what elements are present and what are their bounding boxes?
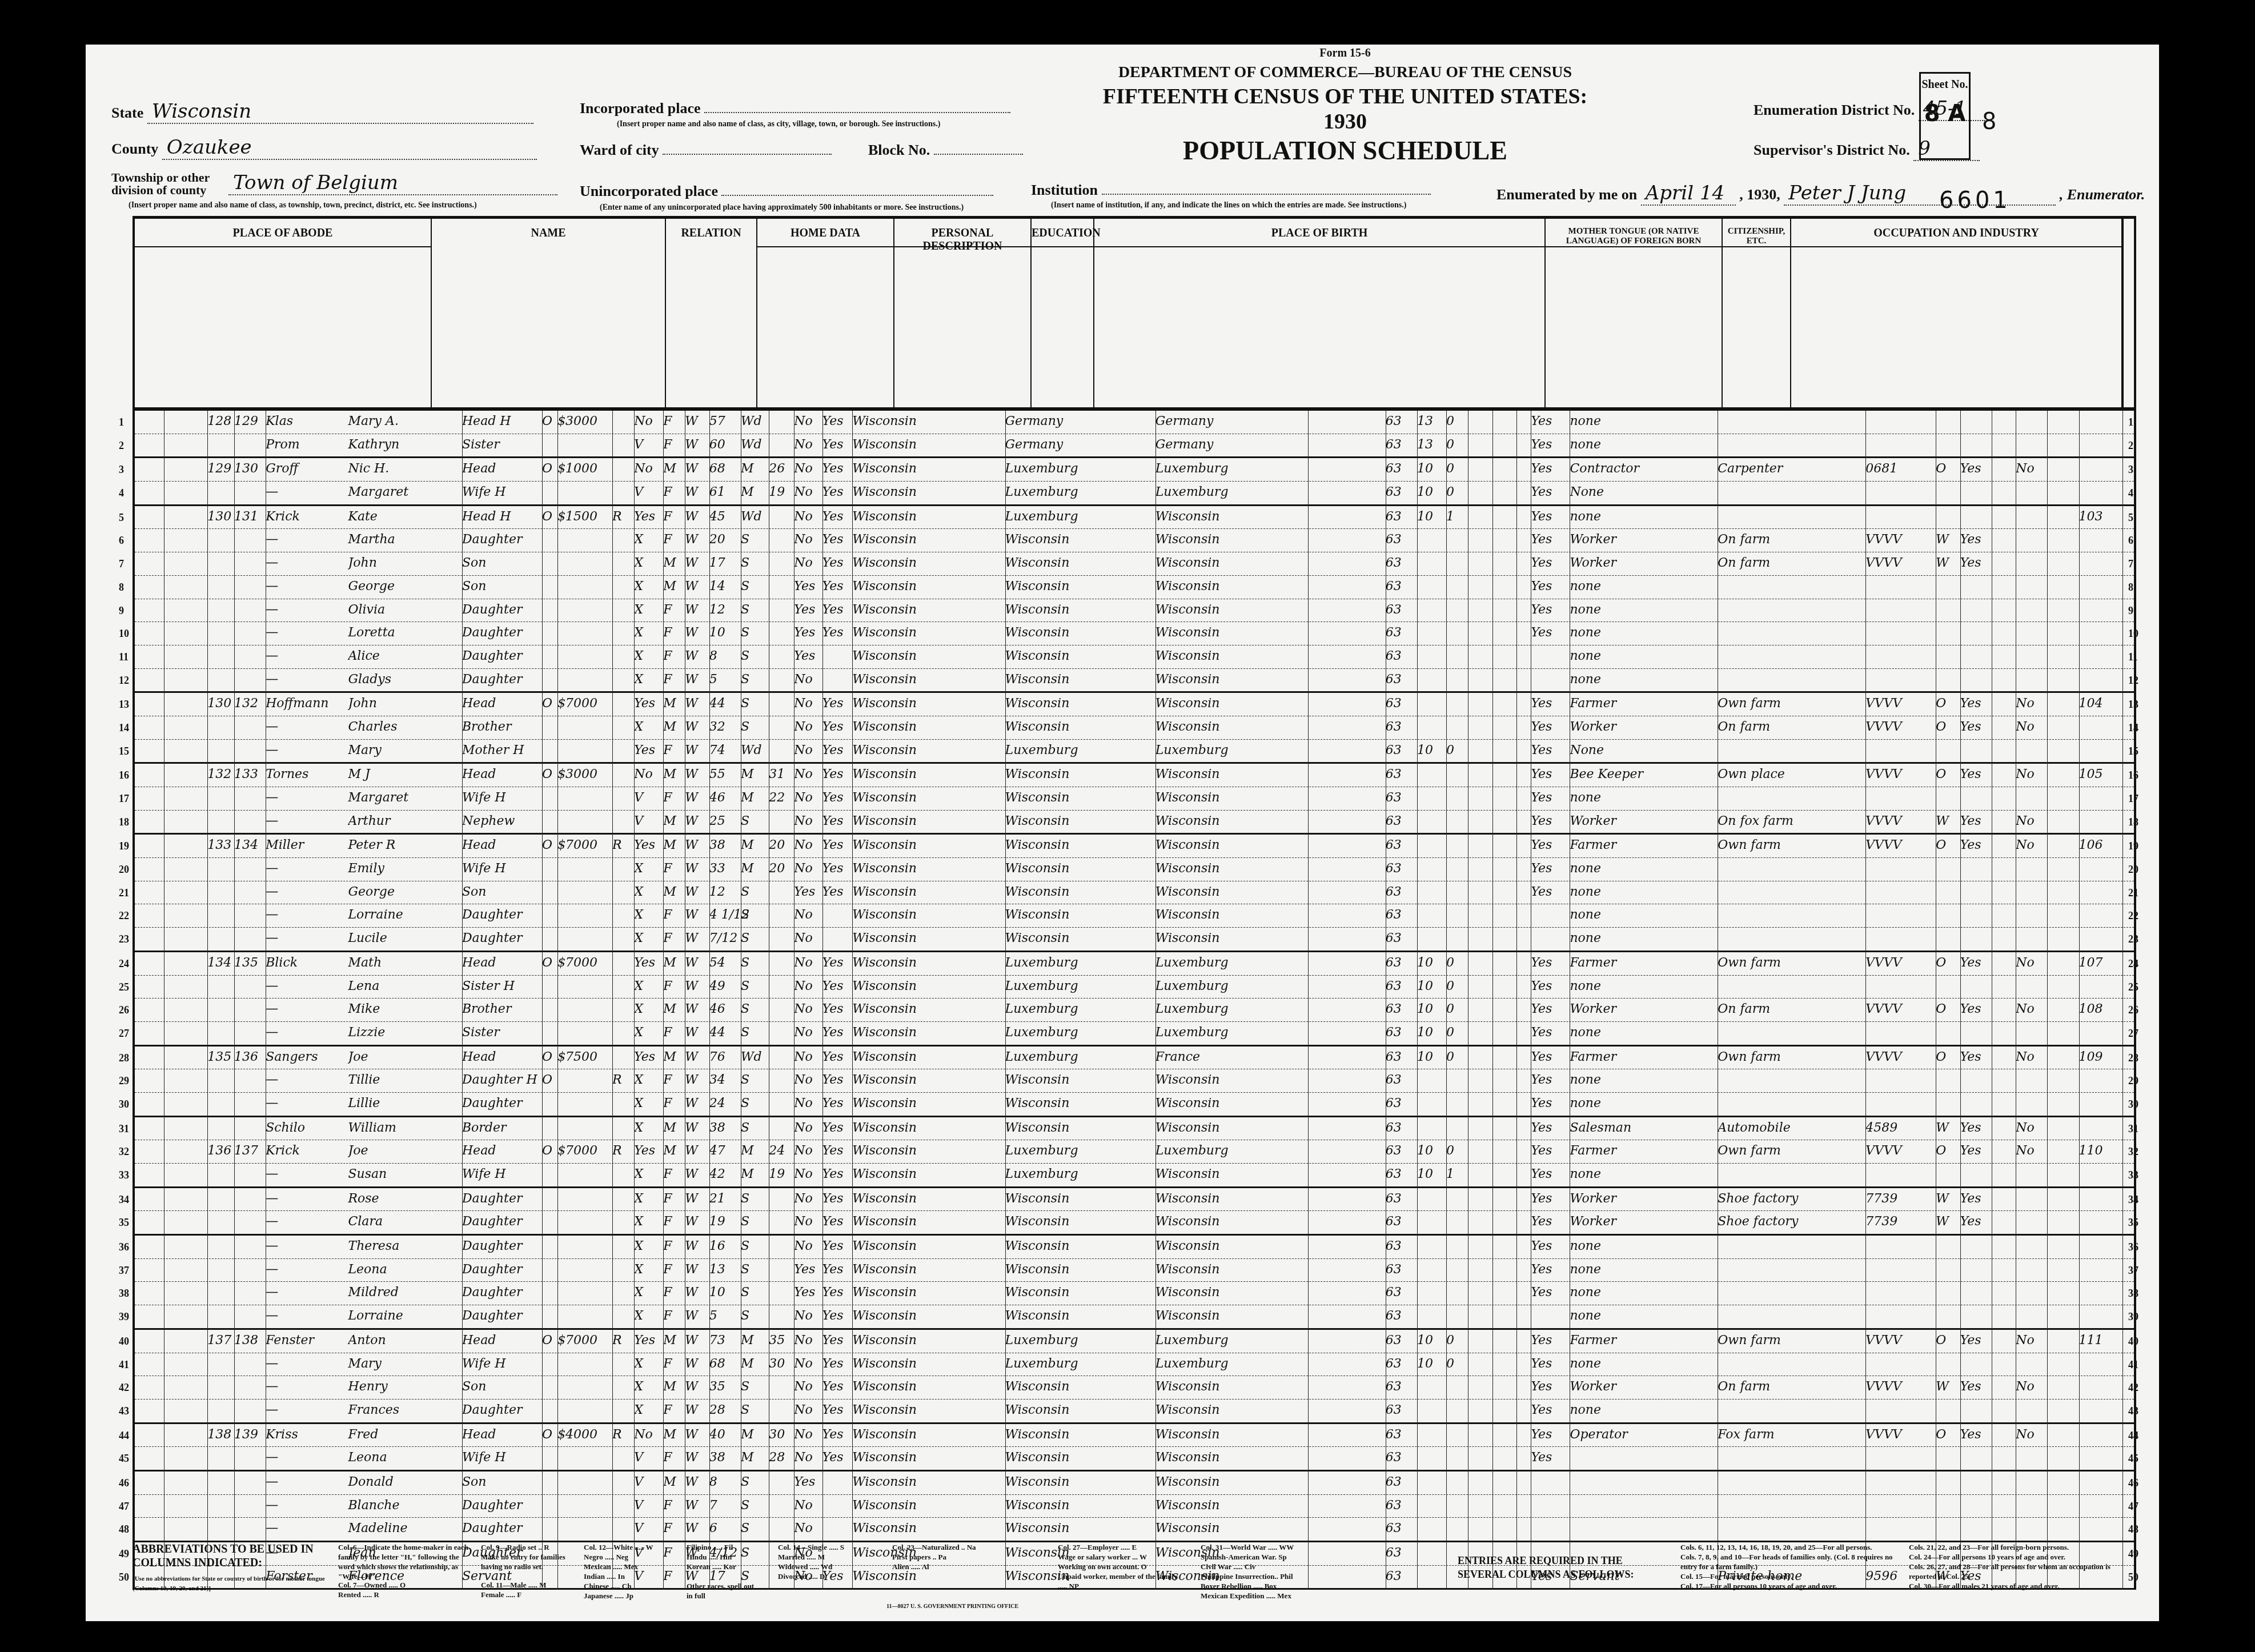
veteran: No bbox=[2016, 767, 2068, 781]
code-nativity: 0 bbox=[1446, 414, 1486, 428]
occupation: none bbox=[1570, 438, 1831, 452]
code-nativity: 0 bbox=[1446, 1144, 1486, 1158]
group-place-of-abode: PLACE OF ABODE bbox=[135, 219, 432, 407]
relation: Daughter bbox=[462, 532, 601, 547]
relation: Mother H bbox=[462, 743, 601, 757]
group-mother-tongue: MOTHER TONGUE (OR NATIVE LANGUAGE) OF FO… bbox=[1546, 219, 1723, 407]
line-number-right: 44 bbox=[2128, 1430, 2138, 1442]
relation: Daughter bbox=[462, 931, 601, 945]
farm-schedule: 103 bbox=[2079, 510, 2149, 524]
line-number: 39 bbox=[119, 1311, 129, 1323]
code-state: 63 bbox=[1386, 696, 1438, 711]
veteran: No bbox=[2016, 696, 2068, 711]
school: No bbox=[794, 672, 842, 687]
line-number: 26 bbox=[119, 1004, 129, 1016]
employed: Yes bbox=[1960, 1050, 2013, 1064]
marital: S bbox=[741, 1002, 789, 1016]
occupation: none bbox=[1570, 1073, 1831, 1087]
code-state: 63 bbox=[1386, 1073, 1438, 1087]
table-header: PLACE OF ABODE NAME RELATION HOME DATA P… bbox=[135, 219, 2134, 411]
column-rule bbox=[685, 411, 685, 1590]
line-number-right: 16 bbox=[2128, 769, 2138, 781]
line-number-right: 45 bbox=[2128, 1453, 2138, 1465]
marital: S bbox=[741, 1096, 789, 1110]
line-number-right: 42 bbox=[2128, 1382, 2138, 1394]
marital: S bbox=[741, 1262, 789, 1277]
veteran: No bbox=[2016, 814, 2068, 828]
relation: Daughter bbox=[462, 603, 601, 617]
relation: Daughter bbox=[462, 1498, 601, 1513]
enumerated-field: Enumerated by me on April 14 , 1930, Pet… bbox=[1496, 182, 2145, 206]
marital: S bbox=[741, 556, 789, 570]
line-number-right: 46 bbox=[2128, 1477, 2138, 1489]
line-number-right: 43 bbox=[2128, 1405, 2138, 1417]
employed: Yes bbox=[1960, 696, 2013, 711]
line-number-right: 10 bbox=[2128, 628, 2138, 640]
code-state: 63 bbox=[1386, 672, 1438, 687]
marital: S bbox=[741, 931, 789, 945]
abbrev-col12b: Filipino ..... Fil Hindu ..... Hin Korea… bbox=[687, 1542, 761, 1601]
column-rule bbox=[1446, 411, 1447, 1590]
code-nativity: 0 bbox=[1446, 743, 1486, 757]
line-number: 48 bbox=[119, 1523, 129, 1535]
table-row: 16132133TornesM JHeadO$3000NoMW55M31NoYe… bbox=[135, 764, 2134, 787]
marital: S bbox=[741, 1121, 789, 1135]
line-number-right: 33 bbox=[2128, 1169, 2138, 1181]
handwritten-code: 6601 bbox=[1939, 187, 2011, 214]
line-number: 3 bbox=[119, 464, 124, 476]
group-name: NAME bbox=[432, 219, 666, 407]
line-number-right: 37 bbox=[2128, 1265, 2138, 1277]
relation: Son bbox=[462, 1475, 601, 1489]
table-row: 20—EmilyWife HXFW33M20NoYesWisconsinWisc… bbox=[135, 858, 2134, 881]
occupation: none bbox=[1570, 908, 1831, 922]
table-row: 14—CharlesBrotherXMW32SNoYesWisconsinWis… bbox=[135, 716, 2134, 740]
column-rule bbox=[1468, 411, 1468, 1590]
line-number: 24 bbox=[119, 958, 129, 970]
line-number: 37 bbox=[119, 1265, 129, 1277]
column-rule bbox=[2079, 411, 2080, 1590]
column-rule bbox=[1516, 411, 1517, 1590]
line-number-right: 41 bbox=[2128, 1359, 2138, 1371]
relation: Son bbox=[462, 1380, 601, 1394]
marital: S bbox=[741, 1498, 789, 1513]
marital: S bbox=[741, 908, 789, 922]
marital: S bbox=[741, 1403, 789, 1417]
employed: Yes bbox=[1960, 1121, 2013, 1135]
employed: Yes bbox=[1960, 1428, 2013, 1442]
line-number: 16 bbox=[119, 769, 129, 781]
department-title: DEPARTMENT OF COMMERCE—BUREAU OF THE CEN… bbox=[1088, 63, 1602, 82]
code-state: 63 bbox=[1386, 1239, 1438, 1253]
marital: S bbox=[741, 1475, 789, 1489]
column-rule bbox=[1417, 411, 1418, 1590]
line-number-right: 47 bbox=[2128, 1501, 2138, 1513]
incorporated-note: (Insert proper name and also name of cla… bbox=[617, 120, 940, 129]
printer-mark: 11—8027 U. S. GOVERNMENT PRINTING OFFICE bbox=[886, 1602, 1018, 1611]
table-row: 17—MargaretWife HVFW46M22NoYesWisconsinW… bbox=[135, 787, 2134, 811]
column-rule bbox=[1570, 411, 1570, 1590]
enumerator-name: Peter J Jung bbox=[1784, 182, 2056, 206]
unincorporated-note: (Enter name of any unincorporated place … bbox=[600, 203, 964, 212]
marital: S bbox=[741, 1380, 789, 1394]
code-state: 63 bbox=[1386, 1262, 1438, 1277]
line-number: 29 bbox=[119, 1075, 129, 1087]
table-row: 15—MaryMother HYesFW74WdNoYesWisconsinLu… bbox=[135, 740, 2134, 764]
line-number: 32 bbox=[119, 1146, 129, 1158]
column-rule bbox=[234, 411, 235, 1590]
marital: S bbox=[741, 720, 789, 734]
scan-border-right bbox=[2159, 0, 2255, 1652]
table-row: 36—TheresaDaughterXFW16SNoYesWisconsinWi… bbox=[135, 1236, 2134, 1259]
marital: Wd bbox=[741, 510, 789, 524]
code-state: 63 bbox=[1386, 861, 1438, 876]
table-row: 1128129KlasMary A.Head HO$3000NoFW57WdNo… bbox=[135, 411, 2134, 434]
column-rule bbox=[207, 411, 208, 1590]
column-rule bbox=[164, 411, 164, 1590]
occupation: None bbox=[1570, 485, 1831, 499]
line-number: 35 bbox=[119, 1217, 129, 1229]
line-number: 8 bbox=[119, 582, 124, 594]
line-number: 10 bbox=[119, 628, 129, 640]
block-field: Block No. bbox=[868, 142, 1023, 159]
code-nativity: 0 bbox=[1446, 1002, 1486, 1016]
occupation: none bbox=[1570, 579, 1831, 594]
entries-required-2: Cols. 21, 22, and 23—For all foreign-bor… bbox=[1909, 1542, 2126, 1591]
occupation: none bbox=[1570, 1309, 1831, 1323]
table-row: 39—LorraineDaughterXFW5SNoYesWisconsinWi… bbox=[135, 1305, 2134, 1330]
abbrev-col6: Col. 6—Indicate the home-maker in each f… bbox=[338, 1542, 470, 1581]
line-number: 19 bbox=[119, 840, 129, 852]
code-state: 63 bbox=[1386, 556, 1438, 570]
line-number: 46 bbox=[119, 1477, 129, 1489]
line-number-right: 24 bbox=[2128, 958, 2138, 970]
line-number: 44 bbox=[119, 1430, 129, 1442]
line-number-right: 22 bbox=[2128, 910, 2138, 922]
line-number: 34 bbox=[119, 1194, 129, 1206]
table-row: 45—LeonaWife HVFW38M28NoYesWisconsinWisc… bbox=[135, 1447, 2134, 1471]
school: No bbox=[794, 1521, 842, 1535]
scan-border-bottom bbox=[0, 1621, 2255, 1652]
marital: S bbox=[741, 649, 789, 663]
line-number-right: 9 bbox=[2128, 605, 2133, 617]
line-number: 28 bbox=[119, 1052, 129, 1064]
occupation: none bbox=[1570, 979, 1831, 993]
column-rule bbox=[1386, 411, 1386, 1590]
line-number: 41 bbox=[119, 1359, 129, 1371]
employed: Yes bbox=[1960, 1144, 2013, 1158]
line-number: 42 bbox=[119, 1382, 129, 1394]
column-rule bbox=[1992, 411, 1992, 1590]
line-number-right: 19 bbox=[2128, 840, 2138, 852]
veteran: No bbox=[2016, 1121, 2068, 1135]
employed: Yes bbox=[1960, 462, 2013, 476]
line-number-right: 48 bbox=[2128, 1523, 2138, 1535]
school: Yes bbox=[794, 649, 842, 663]
occupation: none bbox=[1570, 625, 1831, 640]
occupation: none bbox=[1570, 1403, 1831, 1417]
line-number-right: 14 bbox=[2128, 722, 2138, 734]
marital: S bbox=[741, 1521, 789, 1535]
relation: Daughter bbox=[462, 1403, 601, 1417]
code-state: 63 bbox=[1386, 1285, 1438, 1300]
column-rule bbox=[769, 411, 769, 1590]
relation: Brother bbox=[462, 1002, 601, 1016]
code-nativity: 0 bbox=[1446, 1357, 1486, 1371]
relation: Son bbox=[462, 579, 601, 594]
table-row: 2PromKathrynSisterVFW60WdNoYesWisconsinG… bbox=[135, 434, 2134, 459]
relation: Sister bbox=[462, 438, 601, 452]
code-state: 63 bbox=[1386, 1309, 1438, 1323]
table-row: 23—LucileDaughterXFW7/12SNoWisconsinWisc… bbox=[135, 928, 2134, 952]
code-nativity: 0 bbox=[1446, 956, 1486, 970]
abbrev-col12: Col. 12—White ..... W Negro ..... Neg Me… bbox=[584, 1542, 675, 1601]
code-nativity: 0 bbox=[1446, 1050, 1486, 1064]
form-number: Form 15-6 bbox=[1088, 47, 1602, 60]
line-number: 1 bbox=[119, 416, 124, 428]
group-citizenship: CITIZENSHIP, ETC. bbox=[1723, 219, 1791, 407]
marital: S bbox=[741, 579, 789, 594]
marital: S bbox=[741, 979, 789, 993]
township-field: Town of Belgium bbox=[228, 171, 557, 195]
table-row: 11—AliceDaughterXFW8SYesWisconsinWiscons… bbox=[135, 645, 2134, 669]
occupation: none bbox=[1570, 1096, 1831, 1110]
code-state: 63 bbox=[1386, 908, 1438, 922]
occupation: none bbox=[1570, 885, 1831, 899]
relation: Wife H bbox=[462, 1167, 601, 1181]
abbrev-col11: Col. 11—Male ..... M Female ..... F bbox=[481, 1580, 572, 1599]
occupation: none bbox=[1570, 649, 1831, 663]
relation: Nephew bbox=[462, 814, 601, 828]
occupation: none bbox=[1570, 510, 1831, 524]
institution-field: Institution bbox=[1031, 182, 1431, 199]
line-number-right: 15 bbox=[2128, 745, 2138, 757]
table-row: 13130132HoffmannJohnHeadO$7000YesMW44SNo… bbox=[135, 693, 2134, 716]
code-nativity: 0 bbox=[1446, 485, 1486, 499]
relation: Daughter bbox=[462, 1192, 601, 1206]
marital: Wd bbox=[741, 414, 789, 428]
abbrev-col14: Col. 14—Single ..... S Married ..... M W… bbox=[778, 1542, 875, 1581]
marital: S bbox=[741, 1285, 789, 1300]
veteran: No bbox=[2016, 1380, 2068, 1394]
line-number: 15 bbox=[119, 745, 129, 757]
line-number: 45 bbox=[119, 1453, 129, 1465]
occupation: none bbox=[1570, 861, 1831, 876]
code-state: 63 bbox=[1386, 649, 1438, 663]
group-home-data: HOME DATA bbox=[757, 219, 894, 407]
occupation: none bbox=[1570, 1167, 1831, 1181]
marital: S bbox=[741, 625, 789, 640]
relation: Daughter bbox=[462, 908, 601, 922]
school: Yes bbox=[794, 1475, 842, 1489]
table-row: 5130131KrickKateHead HO$1500RYesFW45WdNo… bbox=[135, 506, 2134, 530]
code-state: 63 bbox=[1386, 1214, 1438, 1229]
group-place-of-birth: PLACE OF BIRTH bbox=[1094, 219, 1546, 407]
code-nativity: 0 bbox=[1446, 438, 1486, 452]
code-state: 63 bbox=[1386, 931, 1438, 945]
abbrev-col9: Col. 9—Radio set .. R Make no entry for … bbox=[481, 1542, 572, 1571]
incorporated-field: Incorporated place bbox=[580, 100, 1010, 117]
relation: Daughter bbox=[462, 1262, 601, 1277]
line-number: 36 bbox=[119, 1241, 129, 1253]
table-row: 24134135BlickMathHeadO$7000YesMW54SNoYes… bbox=[135, 952, 2134, 976]
column-rule bbox=[822, 411, 823, 1590]
enumerated-date: April 14 bbox=[1641, 182, 1736, 206]
line-number: 30 bbox=[119, 1098, 129, 1110]
occupation: none bbox=[1570, 414, 1831, 428]
employed: Yes bbox=[1960, 814, 2013, 828]
table-row: 25—LenaSister HXFW49SNoYesWisconsinLuxem… bbox=[135, 976, 2134, 999]
line-number-right: 2 bbox=[2128, 440, 2133, 452]
table-row: 19133134MillerPeter RHeadO$7000RYesMW38M… bbox=[135, 835, 2134, 858]
line-number-right: 34 bbox=[2128, 1194, 2138, 1206]
line-number-right: 18 bbox=[2128, 816, 2138, 828]
code-nativity: 0 bbox=[1446, 1025, 1486, 1040]
relation: Daughter bbox=[462, 1214, 601, 1229]
table-row: 29—TillieDaughter HORXFW34SNoYesWisconsi… bbox=[135, 1069, 2134, 1093]
institution-note: (Insert name of institution, if any, and… bbox=[1051, 201, 1406, 210]
column-rule bbox=[1531, 411, 1531, 1590]
occupation: none bbox=[1570, 931, 1831, 945]
line-number: 12 bbox=[119, 675, 129, 687]
table-body: 1128129KlasMary A.Head HO$3000NoFW57WdNo… bbox=[135, 411, 2134, 1590]
veteran: No bbox=[2016, 1144, 2068, 1158]
column-rule bbox=[266, 411, 266, 1590]
code-nativity: 0 bbox=[1446, 462, 1486, 476]
table-row: 40137138FensterAntonHeadO$7000RYesMW73M3… bbox=[135, 1330, 2134, 1353]
relation: Daughter bbox=[462, 1309, 601, 1323]
occupation: None bbox=[1570, 743, 1831, 757]
line-number-right: 40 bbox=[2128, 1336, 2138, 1348]
group-occupation-industry: OCCUPATION AND INDUSTRY bbox=[1791, 219, 2122, 407]
line-number-right: 21 bbox=[2128, 887, 2138, 899]
home-owned: O bbox=[542, 1073, 568, 1087]
employed: Yes bbox=[1960, 838, 2013, 852]
column-rule bbox=[663, 411, 664, 1590]
relation: Brother bbox=[462, 720, 601, 734]
line-number: 33 bbox=[119, 1169, 129, 1181]
line-number: 40 bbox=[119, 1336, 129, 1348]
code-state: 63 bbox=[1386, 885, 1438, 899]
township-value: Town of Belgium bbox=[228, 171, 557, 195]
line-number-right: 6 bbox=[2128, 535, 2133, 547]
code-state: 63 bbox=[1386, 1192, 1438, 1206]
line-number-right: 8 bbox=[2128, 582, 2133, 594]
speaks-english: Yes bbox=[1531, 1450, 1596, 1465]
table-row: 18—ArthurNephewVMW25SNoYesWisconsinWisco… bbox=[135, 811, 2134, 835]
column-rule bbox=[1865, 411, 1866, 1590]
line-number-right: 13 bbox=[2128, 699, 2138, 711]
line-number: 11 bbox=[119, 651, 129, 663]
column-rule bbox=[2016, 411, 2016, 1590]
group-education: EDUCATION bbox=[1032, 219, 1094, 407]
table-row: 12—GladysDaughterXFW5SNoWisconsinWiscons… bbox=[135, 669, 2134, 693]
line-number-right: 30 bbox=[2128, 1098, 2138, 1110]
relation: Sister bbox=[462, 1025, 601, 1040]
occupation: none bbox=[1570, 1239, 1831, 1253]
employed: Yes bbox=[1960, 1380, 2013, 1394]
code-state: 63 bbox=[1386, 532, 1438, 547]
code-state: 63 bbox=[1386, 579, 1438, 594]
relation: Daughter bbox=[462, 625, 601, 640]
column-rule bbox=[462, 411, 463, 1590]
table-row: 33—SusanWife HXFW42M19NoYesWisconsinLuxe… bbox=[135, 1164, 2134, 1188]
line-number-right: 17 bbox=[2128, 793, 2138, 805]
line-number: 25 bbox=[119, 981, 129, 993]
employed: Yes bbox=[1960, 956, 2013, 970]
occupation: none bbox=[1570, 672, 1831, 687]
table-row: 4—MargaretWife HVFW61M19NoYesWisconsinLu… bbox=[135, 482, 2134, 506]
line-number-right: 29 bbox=[2128, 1075, 2138, 1087]
township-label: Township or other division of county bbox=[111, 171, 226, 197]
column-rule bbox=[1718, 411, 1718, 1590]
code-state: 63 bbox=[1386, 1380, 1438, 1394]
table-row: 35—ClaraDaughterXFW19SNoYesWisconsinWisc… bbox=[135, 1211, 2134, 1236]
table-row: 42—HenrySonXMW35SNoYesWisconsinWisconsin… bbox=[135, 1376, 2134, 1400]
sheet-number-value: 8 A bbox=[1921, 101, 1969, 127]
column-rule bbox=[1155, 411, 1156, 1590]
school: No bbox=[794, 1498, 842, 1513]
line-number: 23 bbox=[119, 933, 129, 945]
table-row: 9—OliviaDaughterXFW12SYesYesWisconsinWis… bbox=[135, 599, 2134, 623]
table-row: 8—GeorgeSonXMW14SYesYesWisconsinWisconsi… bbox=[135, 576, 2134, 599]
relation: Sister H bbox=[462, 979, 601, 993]
column-rule bbox=[557, 411, 558, 1590]
column-rule bbox=[612, 411, 613, 1590]
table-row: 44138139KrissFredHeadO$4000RNoMW40M30NoY… bbox=[135, 1424, 2134, 1447]
column-rule bbox=[794, 411, 795, 1590]
relation: Wife H bbox=[462, 861, 601, 876]
employed: Yes bbox=[1960, 532, 2013, 547]
employed: Yes bbox=[1960, 1214, 2013, 1229]
column-rule bbox=[1308, 411, 1309, 1590]
relation: Wife H bbox=[462, 1357, 601, 1371]
line-number-right: 50 bbox=[2128, 1571, 2138, 1583]
code-state: 63 bbox=[1386, 1096, 1438, 1110]
marital: S bbox=[741, 672, 789, 687]
marital: Wd bbox=[741, 438, 789, 452]
line-number-right: 28 bbox=[2128, 1052, 2138, 1064]
code-state: 63 bbox=[1386, 1121, 1438, 1135]
scan-border-top bbox=[0, 0, 2255, 45]
code-nativity: 0 bbox=[1446, 979, 1486, 993]
line-number: 4 bbox=[119, 487, 124, 499]
census-title: FIFTEENTH CENSUS OF THE UNITED STATES: 1… bbox=[1088, 84, 1602, 134]
abbrev-col27: Col. 27—Employer ..... E Wage or salary … bbox=[1058, 1542, 1183, 1591]
code-nativity: 1 bbox=[1446, 510, 1486, 524]
line-number: 17 bbox=[119, 793, 129, 805]
employed: Yes bbox=[1960, 1192, 2013, 1206]
line-number: 38 bbox=[119, 1288, 129, 1300]
code-state: 63 bbox=[1386, 814, 1438, 828]
line-number-right: 27 bbox=[2128, 1028, 2138, 1040]
line-number: 2 bbox=[119, 440, 124, 452]
marital: S bbox=[741, 1239, 789, 1253]
column-rule bbox=[1492, 411, 1493, 1590]
code-state: 63 bbox=[1386, 625, 1438, 640]
table-row: 28135136SangersJoeHeadO$7500YesMW76WdNoY… bbox=[135, 1046, 2134, 1070]
line-number: 43 bbox=[119, 1405, 129, 1417]
table-row: 21—GeorgeSonXMW12SYesYesWisconsinWiscons… bbox=[135, 881, 2134, 905]
employed: Yes bbox=[1960, 720, 2013, 734]
marital: S bbox=[741, 696, 789, 711]
occupation: none bbox=[1570, 1262, 1831, 1277]
line-number: 6 bbox=[119, 535, 124, 547]
veteran: No bbox=[2016, 1333, 2068, 1348]
line-number: 20 bbox=[119, 864, 129, 876]
sheet-stamp: 8 bbox=[1982, 109, 1996, 135]
group-personal-description: PERSONAL DESCRIPTION bbox=[894, 219, 1032, 407]
